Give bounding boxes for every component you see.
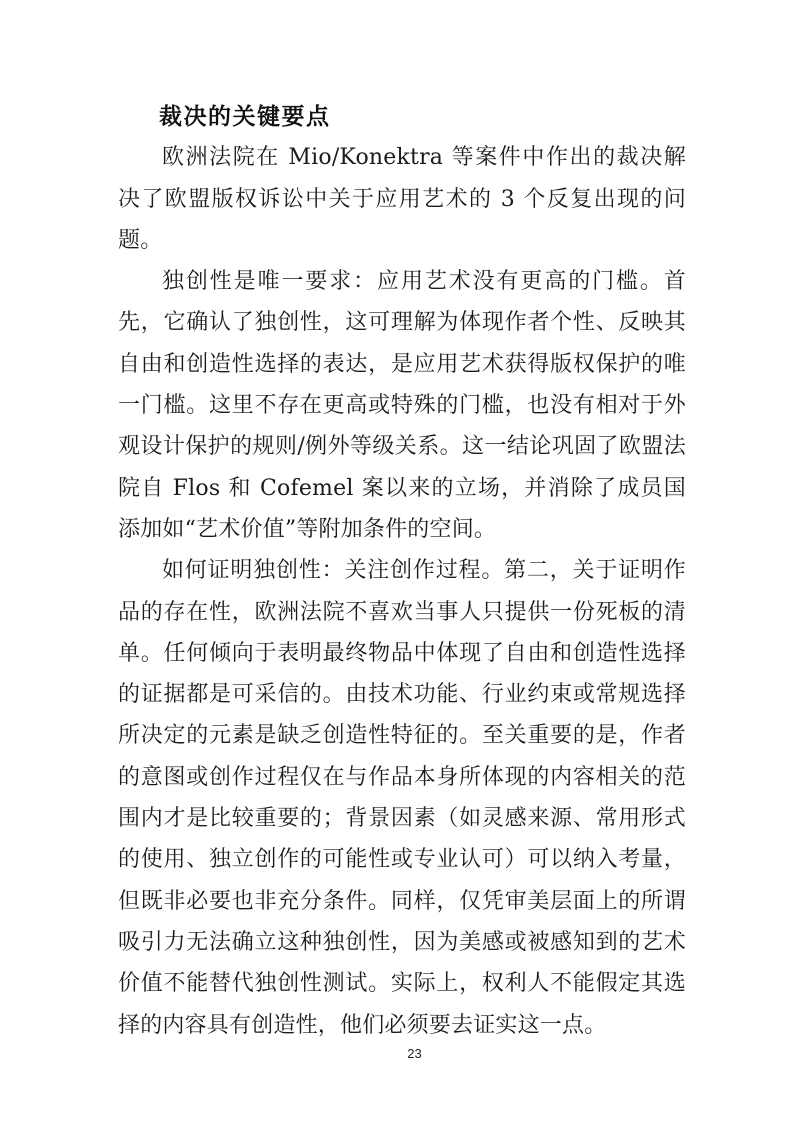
document-page: 裁决的关键要点 欧洲法院在 Mio/Konektra 等案件中作出的裁决解决了欧… [0, 0, 793, 1122]
paragraph-proving-originality: 如何证明独创性：关注创作过程。第二，关于证明作品的存在性，欧洲法院不喜欢当事人只… [118, 550, 686, 1046]
section-heading: 裁决的关键要点 [118, 96, 686, 137]
document-body: 裁决的关键要点 欧洲法院在 Mio/Konektra 等案件中作出的裁决解决了欧… [118, 96, 686, 1046]
paragraph-intro: 欧洲法院在 Mio/Konektra 等案件中作出的裁决解决了欧盟版权诉讼中关于… [118, 137, 686, 261]
paragraph-originality-requirement: 独创性是唯一要求：应用艺术没有更高的门槛。首先，它确认了独创性，这可理解为体现作… [118, 261, 686, 550]
page-number: 23 [407, 1046, 421, 1061]
